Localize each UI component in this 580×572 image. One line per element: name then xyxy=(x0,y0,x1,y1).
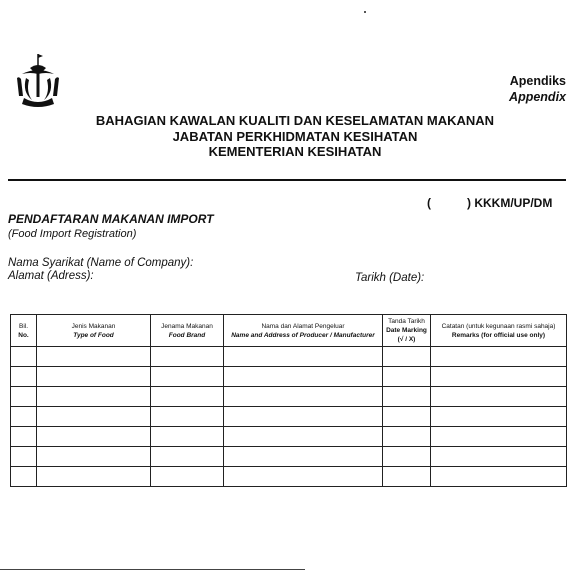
appendix-label-en: Appendix xyxy=(509,89,566,105)
cell-food-brand[interactable] xyxy=(151,347,224,367)
cell-food-type[interactable] xyxy=(37,347,151,367)
form-subtitle: (Food Import Registration) xyxy=(8,228,136,240)
cell-producer[interactable] xyxy=(224,347,383,367)
appendix-label-ms: Apendiks xyxy=(509,73,566,89)
reference-code: ) KKKM/UP/DM xyxy=(467,196,552,210)
cell-producer[interactable] xyxy=(224,447,383,467)
cell-no[interactable] xyxy=(11,407,37,427)
table-row xyxy=(11,467,567,487)
cell-no[interactable] xyxy=(11,347,37,367)
table-row xyxy=(11,427,567,447)
brunei-crest-icon xyxy=(16,52,60,114)
table-body xyxy=(11,347,567,487)
cell-food-type[interactable] xyxy=(37,387,151,407)
org-ministry: KEMENTERIAN KESIHATAN xyxy=(60,144,530,160)
cell-remarks[interactable] xyxy=(431,407,567,427)
cell-remarks[interactable] xyxy=(431,467,567,487)
cell-producer[interactable] xyxy=(224,387,383,407)
cell-date-marking[interactable] xyxy=(383,407,431,427)
cell-remarks[interactable] xyxy=(431,447,567,467)
food-registration-table: Bil.No. Jenis MakananType of Food Jenama… xyxy=(10,314,567,487)
cell-food-brand[interactable] xyxy=(151,447,224,467)
column-header-producer: Nama dan Alamat PengeluarName and Addres… xyxy=(224,315,383,347)
column-header-food-brand: Jenama MakananFood Brand xyxy=(151,315,224,347)
organization-header: BAHAGIAN KAWALAN KUALITI DAN KESELAMATAN… xyxy=(60,113,530,160)
cell-food-type[interactable] xyxy=(37,407,151,427)
column-header-date-marking: Tanda TarikhDate Marking(√ / X) xyxy=(383,315,431,347)
cell-remarks[interactable] xyxy=(431,427,567,447)
cell-food-type[interactable] xyxy=(37,447,151,467)
cell-no[interactable] xyxy=(11,447,37,467)
cell-producer[interactable] xyxy=(224,407,383,427)
cell-date-marking[interactable] xyxy=(383,427,431,447)
bottom-edge-line xyxy=(0,569,305,570)
cell-food-type[interactable] xyxy=(37,467,151,487)
column-header-food-type: Jenis MakananType of Food xyxy=(37,315,151,347)
org-department: JABATAN PERKHIDMATAN KESIHATAN xyxy=(60,129,530,145)
cell-date-marking[interactable] xyxy=(383,367,431,387)
cell-food-type[interactable] xyxy=(37,427,151,447)
cell-food-brand[interactable] xyxy=(151,427,224,447)
table-row xyxy=(11,407,567,427)
cell-no[interactable] xyxy=(11,427,37,447)
cell-date-marking[interactable] xyxy=(383,347,431,367)
cell-food-type[interactable] xyxy=(37,367,151,387)
reference-open-paren: ( xyxy=(427,196,431,210)
cell-food-brand[interactable] xyxy=(151,367,224,387)
cell-date-marking[interactable] xyxy=(383,447,431,467)
table-header-row: Bil.No. Jenis MakananType of Food Jenama… xyxy=(11,315,567,347)
company-name-label: Nama Syarikat (Name of Company): xyxy=(8,257,193,269)
cell-date-marking[interactable] xyxy=(383,467,431,487)
table-row xyxy=(11,447,567,467)
cell-remarks[interactable] xyxy=(431,367,567,387)
cell-date-marking[interactable] xyxy=(383,387,431,407)
column-header-remarks: Catatan (untuk kegunaan rasmi sahaja)Rem… xyxy=(431,315,567,347)
cell-food-brand[interactable] xyxy=(151,467,224,487)
cell-food-brand[interactable] xyxy=(151,407,224,427)
cell-remarks[interactable] xyxy=(431,387,567,407)
header-divider xyxy=(8,179,566,181)
table-row xyxy=(11,387,567,407)
appendix-label: Apendiks Appendix xyxy=(509,73,566,105)
table-row xyxy=(11,347,567,367)
cell-producer[interactable] xyxy=(224,367,383,387)
reference-number: () KKKM/UP/DM xyxy=(427,196,552,210)
cell-remarks[interactable] xyxy=(431,347,567,367)
scan-speck xyxy=(364,11,366,13)
cell-no[interactable] xyxy=(11,387,37,407)
cell-producer[interactable] xyxy=(224,467,383,487)
cell-no[interactable] xyxy=(11,467,37,487)
date-label: Tarikh (Date): xyxy=(355,272,424,284)
form-title: PENDAFTARAN MAKANAN IMPORT xyxy=(8,212,214,226)
org-division: BAHAGIAN KAWALAN KUALITI DAN KESELAMATAN… xyxy=(60,113,530,129)
cell-no[interactable] xyxy=(11,367,37,387)
address-label: Alamat (Adress): xyxy=(8,270,94,282)
table-row xyxy=(11,367,567,387)
cell-producer[interactable] xyxy=(224,427,383,447)
cell-food-brand[interactable] xyxy=(151,387,224,407)
column-header-no: Bil.No. xyxy=(11,315,37,347)
